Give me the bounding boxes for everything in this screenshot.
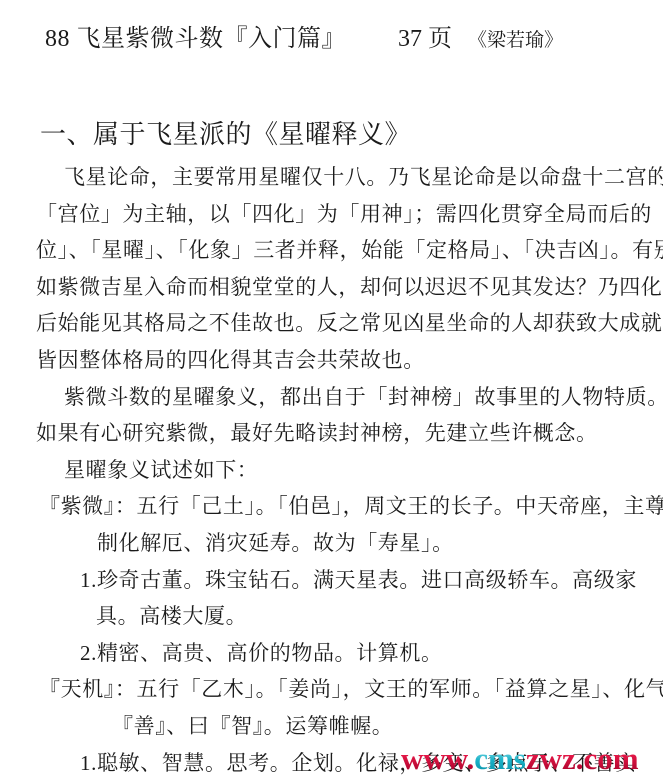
- text-line: 「宫位」为主轴，以「四化」为「用神」；需四化贯穿全局而后的「宫: [0, 196, 663, 233]
- text-line: 『善』、曰『智』。运筹帷幄。: [0, 708, 663, 745]
- text-line: 如果有心研究紫微，最好先略读封神榜，先建立些许概念。: [0, 415, 663, 452]
- document-body: 飞星论命，主要常用星曜仅十八。乃飞星论命是以命盘十二宫的 「宫位」为主轴，以「四…: [0, 159, 663, 777]
- document-title: 88 飞星紫微斗数『入门篇』: [45, 26, 346, 52]
- text-line: 星曜象义试述如下：: [0, 452, 663, 489]
- text-line-list-item: 2.精密、高贵、高价的物品。计算机。: [0, 635, 663, 672]
- text-line-list-item: 1.珍奇古董。珠宝钻石。满天星表。进口高级轿车。高级家: [0, 562, 663, 599]
- text-line-star-entry: 『天机』：五行「乙木」。「姜尚」，文王的军师。「益算之星」、化气曰: [0, 671, 663, 708]
- watermark-segment: www.: [401, 741, 474, 776]
- text-line: 皆因整体格局的四化得其吉会共荣故也。: [0, 342, 663, 379]
- section-heading: 一、属于飞星派的《星曜释义》: [40, 114, 411, 151]
- page-number: 37 页: [398, 26, 452, 52]
- text-line: 制化解厄、消灾延寿。故为「寿星」。: [0, 525, 663, 562]
- text-line: 如紫微吉星入命而相貌堂堂的人，却何以迟迟不见其发达？乃四化之: [0, 269, 663, 306]
- text-line: 飞星论命，主要常用星曜仅十八。乃飞星论命是以命盘十二宫的: [0, 159, 663, 196]
- watermark-url: www.cmszwz.com: [401, 742, 639, 776]
- text-line: 位」、「星曜」、「化象」三者并释，始能「定格局」、「决吉凶」。有别 譬: [0, 232, 663, 269]
- page-header: 88 飞星紫微斗数『入门篇』37 页《梁若瑜》: [45, 24, 563, 56]
- text-line: 紫微斗数的星曜象义，都出自于「封神榜」故事里的人物特质。: [0, 379, 663, 416]
- document-page: 88 飞星紫微斗数『入门篇』37 页《梁若瑜》 一、属于飞星派的《星曜释义》 飞…: [0, 0, 663, 777]
- watermark-segment: cms: [474, 741, 526, 776]
- text-line: 具。高楼大厦。: [0, 598, 663, 635]
- watermark-segment: zwz.com: [526, 741, 639, 776]
- text-line: 后始能见其格局之不佳故也。反之常见凶星坐命的人却获致大成就，: [0, 305, 663, 342]
- author-name: 《梁若瑜》: [468, 30, 563, 51]
- text-line-star-entry: 『紫微』：五行「己土」。「伯邑」，周文王的长子。中天帝座，主尊贵。: [0, 488, 663, 525]
